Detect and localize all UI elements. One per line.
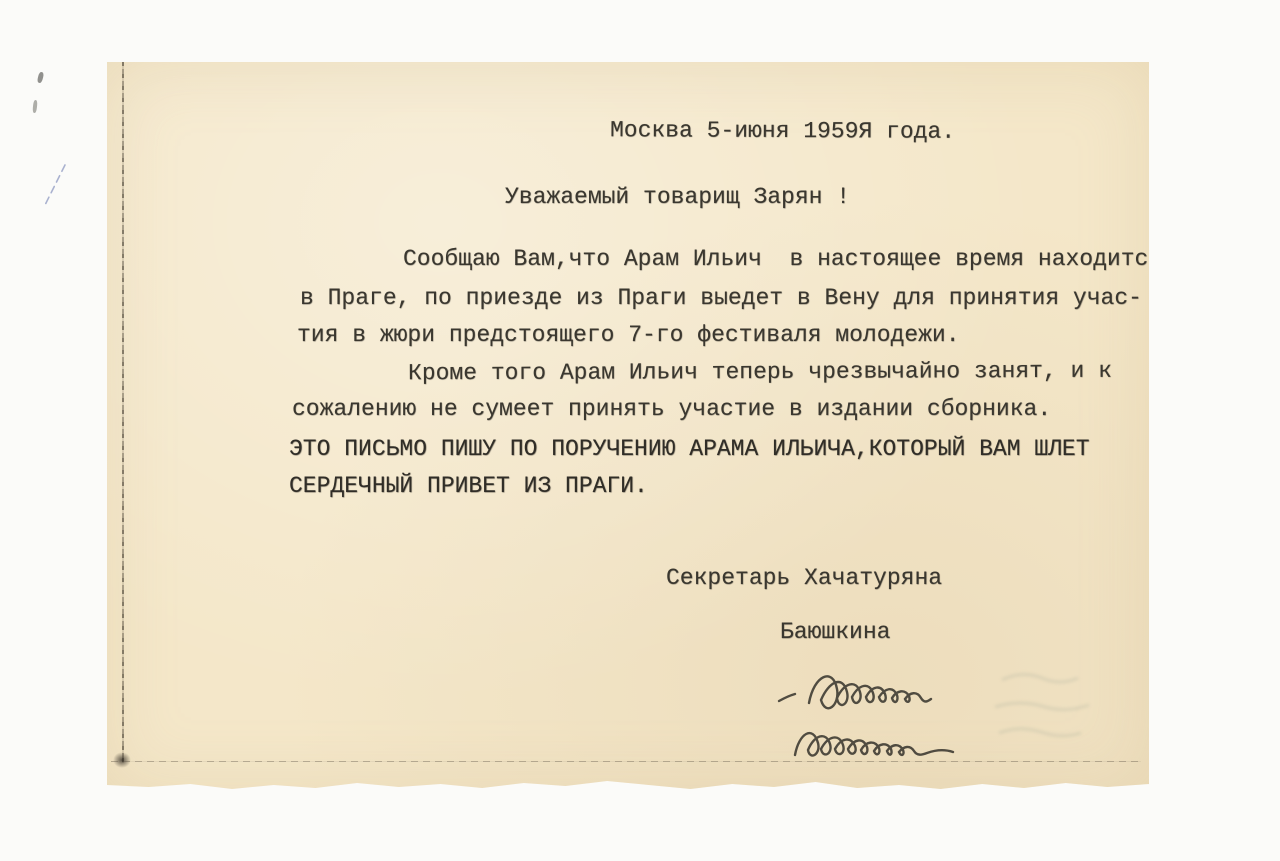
body-line: в Праге, по приезде из Праги выедет в Ве… [300, 287, 1142, 310]
date-line: Москва 5-июня 1959Я года. [610, 119, 955, 144]
scanner-speck [37, 72, 45, 84]
body-line: Кроме того Арам Ильич теперь чрезвычайно… [408, 360, 1112, 385]
crease-ink-blot [113, 752, 131, 768]
closing-role-line: Секретарь Хачатуряна [666, 567, 942, 590]
letter-paper: Москва 5-июня 1959Я года. Уважаемый това… [107, 62, 1149, 791]
salutation-line: Уважаемый товарищ Зарян ! [505, 186, 850, 209]
handwritten-signature [737, 655, 1167, 780]
body-line-uppercase: СЕРДЕЧНЫЙ ПРИВЕТ ИЗ ПРАГИ. [289, 475, 648, 498]
body-line: сожалению не сумеет принять участие в из… [292, 398, 1051, 421]
body-line-uppercase: ЭТО ПИСЬМО ПИШУ ПО ПОРУЧЕНИЮ АРАМА ИЛЬИЧ… [289, 438, 1090, 461]
vertical-fold-crease [122, 62, 124, 763]
scanner-speck [32, 100, 37, 113]
body-line: Сообщаю Вам,что Арам Ильич в настоящее в… [403, 248, 1162, 271]
scanned-letter-screenshot: { "document": { "kind": "typewritten let… [0, 0, 1280, 861]
blue-pen-mark [30, 155, 80, 220]
signature-stroke [779, 694, 795, 701]
signature-stroke [809, 676, 931, 708]
signature-stroke [795, 733, 953, 755]
body-line: тия в жюри предстоящего 7-го фестиваля м… [297, 324, 960, 347]
closing-name-line: Баюшкина [780, 621, 890, 644]
